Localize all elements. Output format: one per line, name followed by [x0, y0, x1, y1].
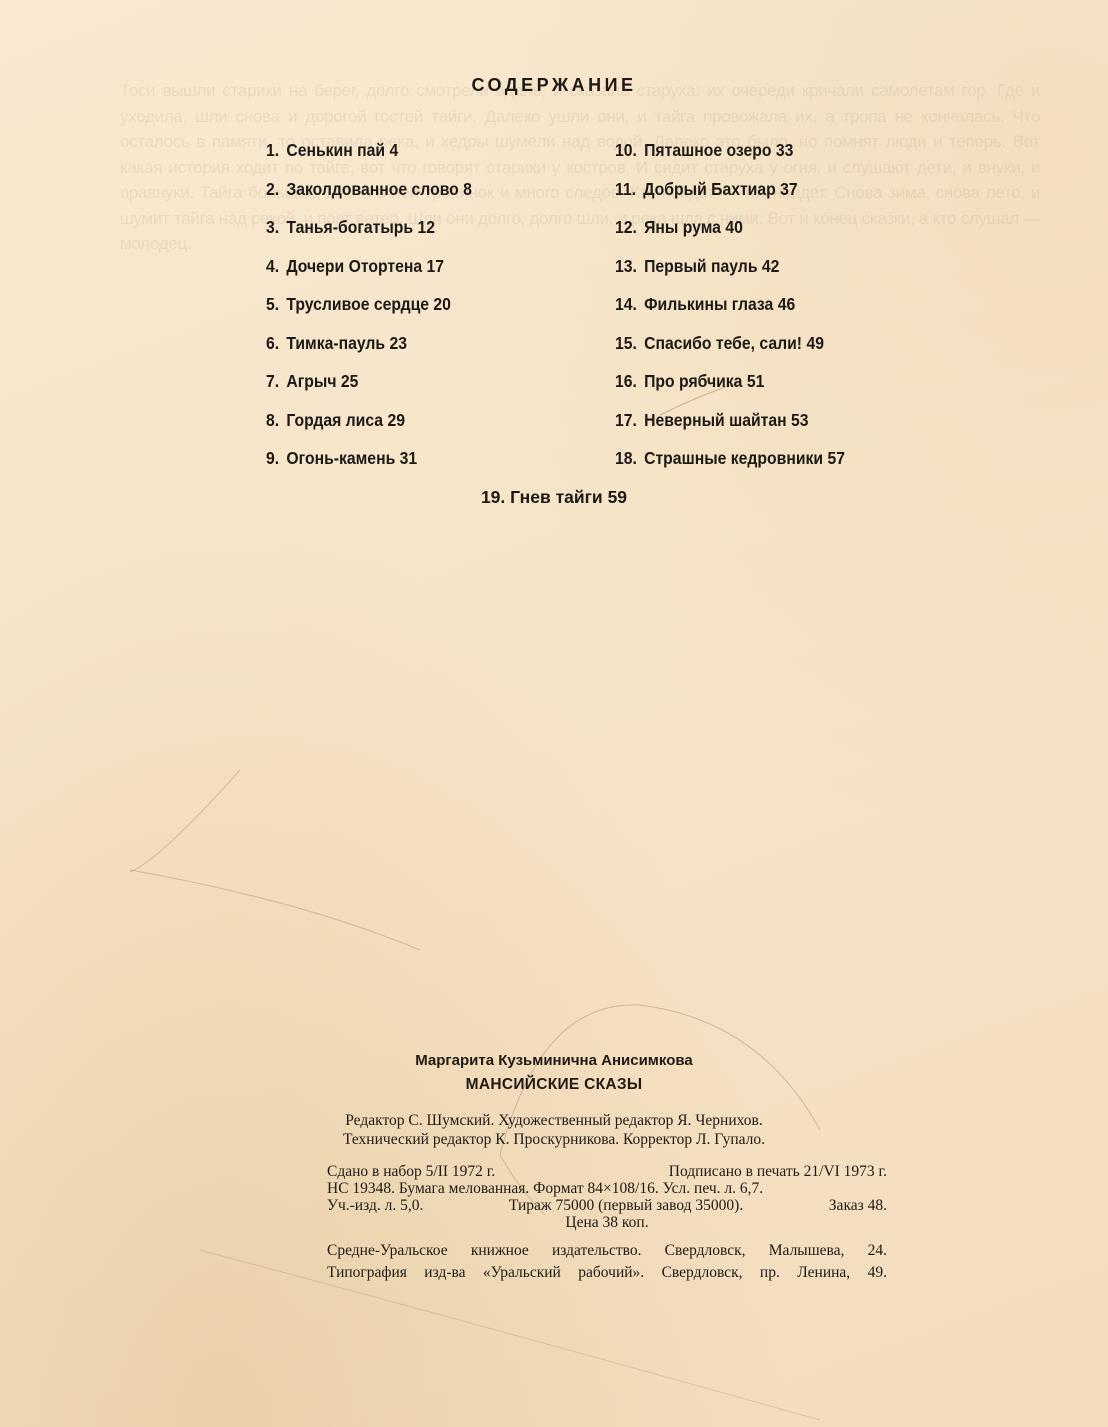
toc-item: 4.Дочери Отортена 17 — [266, 256, 472, 295]
bleed-through-text: Тоси вышли старики на берег, долго смотр… — [120, 78, 1040, 257]
editors-line: Редактор С. Шумский. Художественный реда… — [0, 1111, 1108, 1130]
toc-item: 1.Сенькин пай 4 — [266, 140, 472, 179]
toc-item: 6.Тимка-пауль 23 — [266, 333, 472, 372]
toc-left-column: 1.Сенькин пай 4 2.Заколдованное слово 8 … — [266, 140, 495, 487]
toc-item: 12.Яны рума 40 — [615, 217, 845, 256]
toc-item: 2.Заколдованное слово 8 — [266, 179, 472, 218]
toc-item: 14.Филькины глаза 46 — [615, 294, 845, 333]
toc-item: 13.Первый пауль 42 — [615, 256, 845, 295]
toc-item: 7.Агрыч 25 — [266, 371, 472, 410]
specs-row: Уч.-изд. л. 5,0. Тираж 75000 (первый зав… — [327, 1197, 887, 1214]
toc-right-column: 10.Пяташное озеро 33 11.Добрый Бахтиар 3… — [615, 140, 871, 487]
toc-item: 5.Трусливое сердце 20 — [266, 294, 472, 333]
editors-credits: Редактор С. Шумский. Художественный реда… — [0, 1111, 1108, 1149]
print-specs: Сдано в набор 5/II 1972 г. Подписано в п… — [327, 1163, 887, 1231]
toc-item: 18.Страшные кедровники 57 — [615, 448, 845, 487]
toc-item: 17.Неверный шайтан 53 — [615, 410, 845, 449]
printer-line: Типография изд-ва «Уральский рабочий». С… — [327, 1262, 887, 1284]
toc-item-last: 19. Гнев тайги 59 — [0, 487, 1108, 508]
toc-item: 10.Пяташное озеро 33 — [615, 140, 845, 179]
toc-item: 3.Танья-богатырь 12 — [266, 217, 472, 256]
page-title: СОДЕРЖАНИЕ — [0, 75, 1108, 96]
toc-item: 16.Про рябчика 51 — [615, 371, 845, 410]
toc-item: 11.Добрый Бахтиар 37 — [615, 179, 845, 218]
editors-line: Технический редактор К. Проскурникова. К… — [0, 1130, 1108, 1149]
author-name: Маргарита Кузьминична Анисимкова — [0, 1052, 1108, 1069]
publisher-info: Средне-Уральское книжное издательство. С… — [327, 1240, 887, 1284]
price: Цена 38 коп. — [327, 1214, 887, 1231]
book-title: МАНСИЙСКИЕ СКАЗЫ — [0, 1076, 1108, 1094]
publisher-line: Средне-Уральское книжное издательство. С… — [327, 1240, 887, 1262]
toc-item: 9.Огонь-камень 31 — [266, 448, 472, 487]
toc-item: 8.Гордая лиса 29 — [266, 410, 472, 449]
toc-item: 15.Спасибо тебе, сали! 49 — [615, 333, 845, 372]
specs-row: НС 19348. Бумага мелованная. Формат 84×1… — [327, 1180, 887, 1197]
specs-row: Сдано в набор 5/II 1972 г. Подписано в п… — [327, 1163, 887, 1180]
